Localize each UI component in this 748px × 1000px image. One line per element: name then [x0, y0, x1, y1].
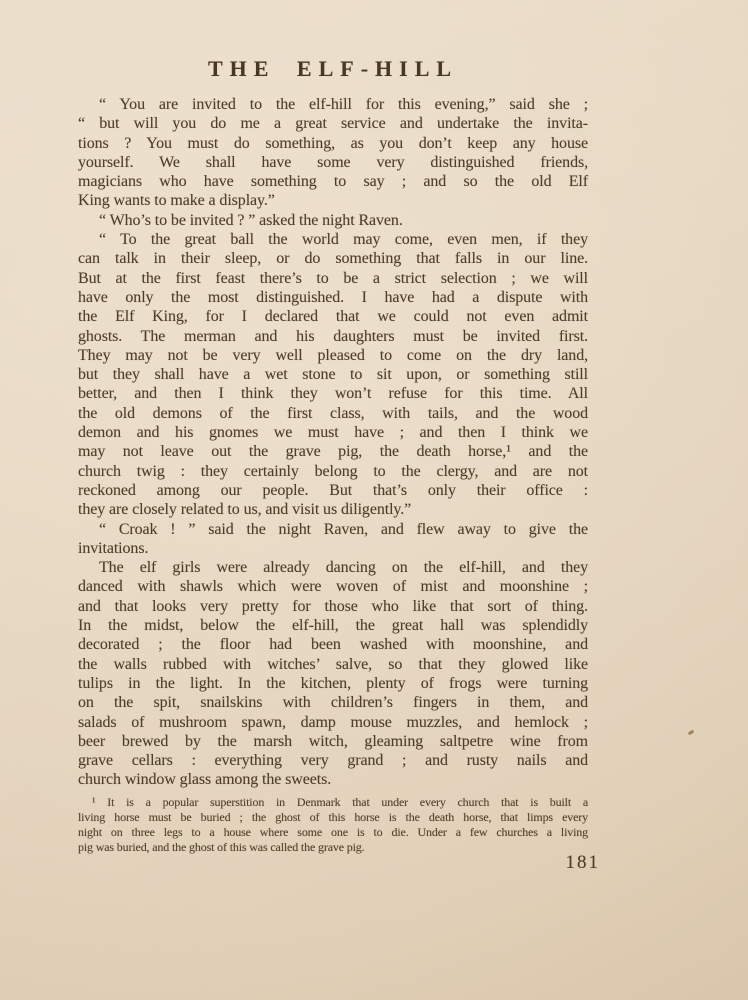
- text-line: danced with shawls which were woven of m…: [78, 577, 588, 596]
- text-line: better, and then I think they won’t refu…: [78, 384, 588, 403]
- text-line: pig was buried, and the ghost of this wa…: [78, 840, 588, 855]
- text-line: may not leave out the grave pig, the dea…: [78, 442, 588, 461]
- text-line: tions ? You must do something, as you do…: [78, 134, 588, 153]
- text-line: But at the first feast there’s to be a s…: [78, 269, 588, 288]
- text-line: the old demons of the first class, with …: [78, 404, 588, 423]
- page-number: 181: [566, 852, 601, 874]
- text-line: church twig : they certainly belong to t…: [78, 462, 588, 481]
- text-line: grave cellars : everything very grand ; …: [78, 751, 588, 770]
- text-line: have only the most distinguished. I have…: [78, 288, 588, 307]
- text-line: yourself. We shall have some very distin…: [78, 153, 588, 172]
- text-line: living horse must be buried ; the ghost …: [78, 810, 588, 825]
- text-line: the Elf King, for I declared that we cou…: [78, 307, 588, 326]
- text-line: night on three legs to a house where som…: [78, 825, 588, 840]
- text-line: salads of mushroom spawn, damp mouse muz…: [78, 713, 588, 732]
- text-line: tulips in the light. In the kitchen, ple…: [78, 674, 588, 693]
- text-line: “ Who’s to be invited ? ” asked the nigh…: [78, 211, 588, 230]
- text-line: can talk in their sleep, or do something…: [78, 249, 588, 268]
- text-line: “ Croak ! ” said the night Raven, and fl…: [78, 520, 588, 539]
- body-text: “ You are invited to the elf-hill for th…: [78, 95, 588, 790]
- page-title: THE ELF-HILL: [78, 56, 588, 82]
- paragraph: “ You are invited to the elf-hill for th…: [78, 95, 588, 211]
- text-line: The elf girls were already dancing on th…: [78, 558, 588, 577]
- paragraph: “ Who’s to be invited ? ” asked the nigh…: [78, 211, 588, 230]
- text-line: “ but will you do me a great service and…: [78, 114, 588, 133]
- footnote: ¹ It is a popular superstition in Denmar…: [78, 795, 588, 856]
- text-line: decorated ; the floor had been washed wi…: [78, 635, 588, 654]
- text-line: church window glass among the sweets.: [78, 770, 588, 789]
- book-page: THE ELF-HILL “ You are invited to the el…: [0, 0, 748, 1000]
- text-line: demon and his gnomes we must have ; and …: [78, 423, 588, 442]
- text-line: ¹ It is a popular superstition in Denmar…: [78, 795, 588, 810]
- paragraph: “ To the great ball the world may come, …: [78, 230, 588, 519]
- text-line: invitations.: [78, 539, 588, 558]
- text-line: “ To the great ball the world may come, …: [78, 230, 588, 249]
- text-line: ghosts. The merman and his daughters mus…: [78, 327, 588, 346]
- paragraph: “ Croak ! ” said the night Raven, and fl…: [78, 520, 588, 559]
- paper-speck: [688, 730, 695, 736]
- paragraph: The elf girls were already dancing on th…: [78, 558, 588, 790]
- text-line: reckoned among our people. But that’s on…: [78, 481, 588, 500]
- text-line: They may not be very well pleased to com…: [78, 346, 588, 365]
- text-line: they are closely related to us, and visi…: [78, 500, 588, 519]
- text-line: King wants to make a display.”: [78, 191, 588, 210]
- text-line: on the spit, snailskins with children’s …: [78, 693, 588, 712]
- text-line: but they shall have a wet stone to sit u…: [78, 365, 588, 384]
- page-content: THE ELF-HILL “ You are invited to the el…: [78, 56, 588, 856]
- text-line: In the midst, below the elf-hill, the gr…: [78, 616, 588, 635]
- text-line: the walls rubbed with witches’ salve, so…: [78, 655, 588, 674]
- text-line: beer brewed by the marsh witch, gleaming…: [78, 732, 588, 751]
- text-line: “ You are invited to the elf-hill for th…: [78, 95, 588, 114]
- text-line: and that looks very pretty for those who…: [78, 597, 588, 616]
- text-line: magicians who have something to say ; an…: [78, 172, 588, 191]
